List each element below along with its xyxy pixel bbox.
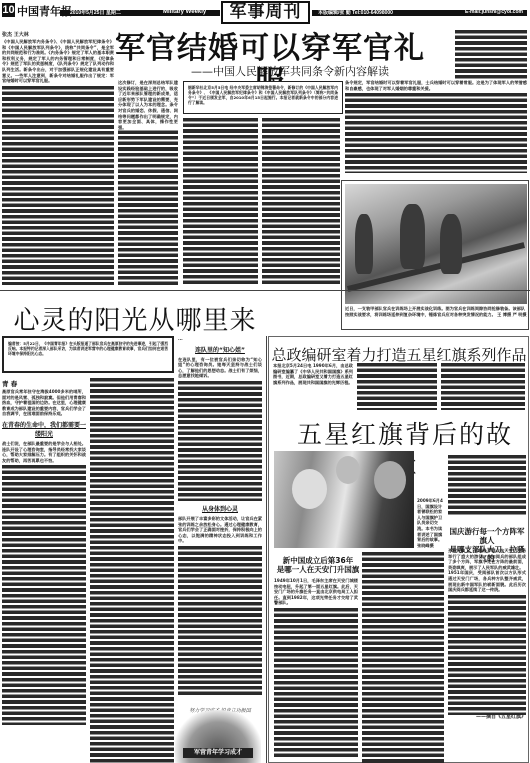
wedding-col-4 [262,118,340,285]
section-divider [0,290,530,291]
soldiers-photo-credit: 王 博摄 严 明摄 [497,312,527,317]
soul-col4-subhead: 从身体到心灵 [178,504,262,513]
flag-sub2-body: 开国大典上，首都各界群众在天安门广场举行了盛大的游行。参加阅兵的部队组成了多个方… [448,548,526,570]
soul-col-3: ... 连队里的“知心姐” 在连队里，有一位被官兵们亲切称为“知心姐”的心理咨询… [178,336,262,706]
masthead: 10 中国青年报 2010年5月25日 星期二 Military Weekly … [0,0,530,24]
soul-col-1: 青 春 高原官兵常年驻守在海拔4000多米的哨所，面对的是风雪、孤独和寂寞。但他… [2,378,86,763]
soul-intro-box: 编者按：5月22日，《中国青年报》在头版报道了部队官兵在高原驻守的先进事迹，引起… [2,336,174,373]
soul-sec1-body: 高原官兵常年驻守在海拔4000多米的哨所，面对的是风雪、孤独和寂寞。但他们用青春… [2,389,86,417]
flag-left-fill [274,608,358,758]
flag-col-mid-bottom [362,552,444,763]
photo-soldier-figure [440,214,462,274]
wedding-col-3 [183,118,258,285]
flag-right-fill [448,595,526,715]
photo-face [336,456,360,484]
wedding-col-5: 条令规定，军官结婚时可以穿着军官礼服，士兵结婚时可以穿着常服。这是为了体现军人的… [345,80,527,178]
wedding-byline: 张杰 王大林 [2,30,114,39]
flag-right-top-fill [448,455,526,515]
flag-subhead-1: 新中国成立后第36年 是哪一人在天安门升国旗 [274,556,362,574]
newspaper-logo: 中国青年报 [17,3,72,19]
wedding-intro: 据新华社北京5月5日电 经中央军委主席胡锦涛签署命令，新修订的《中国人民解放军内… [188,85,338,105]
wedding-left-column: 张杰 王大林 《中国人民解放军内务条令》、《中国人民解放军纪律条令》和《中国人民… [2,30,114,285]
flag-col-left-bottom: 1949年10月1日，毛泽东主席在天安门城楼按动电钮，升起了第一面五星红旗。此后… [274,578,358,763]
flag-col-right-top [448,455,526,525]
soul-col4-body: 部队开展了丰富多彩的文体活动，让官兵在紧张的训练之余放松身心。通过心理健康教育，… [178,516,262,544]
elder-photo-credit: 张晓峰摄 [417,543,434,548]
flag-sub1-body: 1949年10月1日，毛泽东主席在天安门城楼按动电钮，升起了第一面五星红旗。此后… [274,578,358,606]
soul-section-2-title: 在青春的生命中，我们都需要一缕阳光 [2,420,86,438]
flag-end-credit: ——摘自《五星红旗》 [448,715,526,721]
soul-col-2 [90,378,174,763]
soul-section-youth: 青 春 [2,378,86,389]
page-number: 10 [2,3,15,17]
photo-rail [347,242,525,292]
flag-intro: 本报北京5月24日电 1990年6月，由总政编研室编纂了《中华人民共和国国旗》系… [273,363,353,385]
elder-caption-text: 2009年6月4日，国旗设计者曾联松的家人与国旗护卫队员亲切交流。本书为读者讲述… [417,498,443,542]
wedding-body-left: 《中国人民解放军内务条令》、《中国人民解放军纪律条令》和《中国人民解放军队列条令… [2,39,114,84]
wedding-col-5-fill [345,93,527,173]
wedding-body-right: 条令规定，军官结婚时可以穿着军官礼服，士兵结婚时可以穿着常服。这是为了体现军人的… [345,80,527,91]
elder-photo-caption: 2009年6月4日，国旗设计者曾联松的家人与国旗护卫队员亲切交流。本书为读者讲述… [417,498,445,548]
soul-col-3-lead: ... [178,336,262,342]
soul-sec2-body: 战士们说，在部队最重要的是学会与人相处。连队开设了心理咨询室，指导员经常找大家谈… [2,441,86,463]
editor-line: 本版编辑/张 勤 Tel:010-64098000 [318,9,393,16]
youth-study-badge: 军营青年学习成才 [175,710,261,763]
elder-photo [274,451,414,548]
wedding-intro-box: 据新华社北京5月5日电 经中央军委主席胡锦涛签署命令，新修订的《中国人民解放军内… [183,81,343,114]
flag-col-body: 1951年国庆，受阅部队首次以方队形式通过天安门广场，各兵种方队整齐威武，展现出… [448,570,526,592]
section-english: Military Weekly [163,9,206,15]
flag-col-2 [357,363,437,410]
photo-face [374,461,406,499]
soul-col-3-fill-b [178,546,262,696]
section-title: 军事周刊 [221,1,310,24]
email-line: E-mail:junshi@cyol.com [465,9,523,15]
column-divider [266,336,267,763]
flag-col-3 [441,363,525,410]
photo-soldier-figure [400,204,425,269]
wedding-col-top-right [455,30,527,80]
research-headline: 总政编研室着力打造五星红旗系列作品 [270,344,528,365]
wedding-text-continuation [2,86,114,285]
wedding-col-2: 这次修订，是在深刻总结军队建设实践经验基础上进行的，吸收了近年来部队管理的新成果… [118,80,178,285]
publish-date: 2010年5月25日 星期二 [70,9,121,16]
wedding-body-mid: 这次修订，是在深刻总结军队建设实践经验基础上进行的，吸收了近年来部队管理的新成果… [118,80,178,130]
soul-col3-body: 在连队里，有一位被官兵们亲切称为“知心姐”的心理咨询员。她每天坚持与战士们谈心，… [178,357,262,379]
soul-col-1-fill [2,465,86,725]
flag-col-right-bottom: 开国大典上，首都各界群众在天安门广场举行了盛大的游行。参加阅兵的部队组成了多个方… [448,548,526,763]
soul-col-3-fill-a [178,381,262,501]
badge-banner: 军营青年学习成才 [183,748,253,758]
photo-face [292,469,327,509]
soul-headline: 心灵的阳光从哪里来 [10,300,260,337]
soul-intro: 编者按：5月22日，《中国青年报》在头版报道了部队官兵在高原驻守的先进事迹，引起… [8,341,168,356]
soldiers-photo [345,184,527,304]
flag-intro-col: 本报北京5月24日电 1990年6月，由总政编研室编纂了《中华人民共和国国旗》系… [273,363,353,410]
photo-soldier-figure [355,214,373,274]
wedding-subheadline: ——中国人民解放军共同条令新内容解读 [180,63,400,79]
soul-col3-subhead: 连队里的“知心姐” [178,345,262,354]
soldiers-photo-caption: 近日，一支装甲部队官兵在训练场上开展实战化训练。图为官兵在训练间隙协同抢修装备。… [345,306,527,317]
